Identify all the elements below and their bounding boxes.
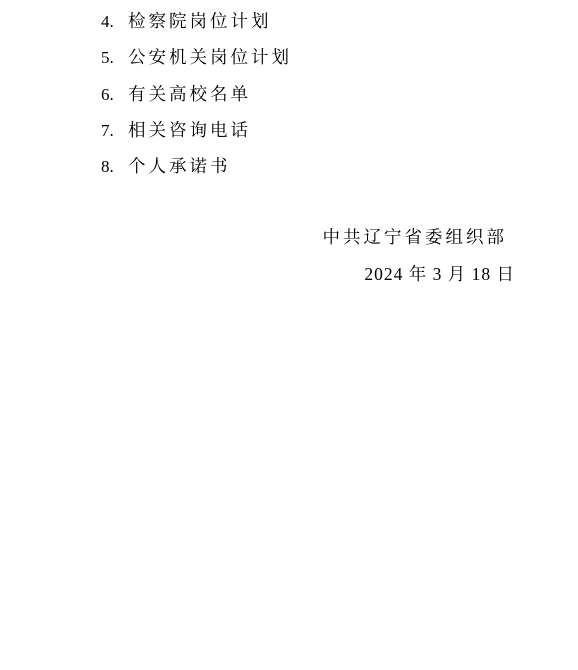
attachment-item: 4.检察院岗位计划 bbox=[101, 11, 272, 32]
item-number: 4. bbox=[101, 12, 128, 32]
item-number: 6. bbox=[101, 85, 128, 105]
signature-organization: 中共辽宁省委组织部 bbox=[323, 227, 508, 247]
attachment-item: 5.公安机关岗位计划 bbox=[101, 47, 292, 68]
attachment-item: 7.相关咨询电话 bbox=[101, 120, 251, 141]
item-label: 公安机关岗位计划 bbox=[128, 47, 292, 67]
item-label: 相关咨询电话 bbox=[128, 120, 251, 140]
item-label: 检察院岗位计划 bbox=[128, 11, 272, 31]
attachment-item: 6.有关高校名单 bbox=[101, 84, 251, 105]
item-number: 7. bbox=[101, 121, 128, 141]
item-number: 8. bbox=[101, 157, 128, 177]
signature-date: 2024 年 3 月 18 日 bbox=[364, 264, 515, 284]
item-label: 个人承诺书 bbox=[128, 156, 231, 176]
attachment-item: 8.个人承诺书 bbox=[101, 156, 231, 177]
document-page: 4.检察院岗位计划 5.公安机关岗位计划 6.有关高校名单 7.相关咨询电话 8… bbox=[0, 0, 578, 670]
item-label: 有关高校名单 bbox=[128, 84, 251, 104]
item-number: 5. bbox=[101, 48, 128, 68]
